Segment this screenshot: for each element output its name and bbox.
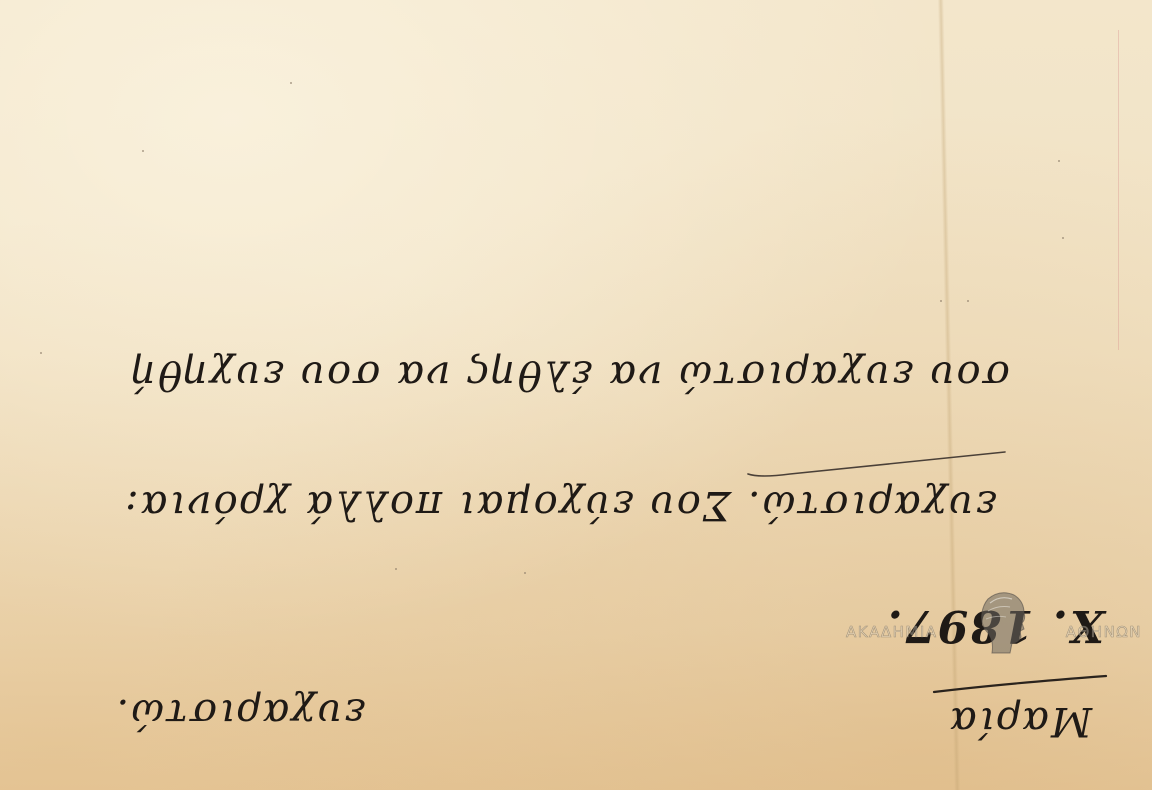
watermark-left-word: ΑΚΑΔΗΜΙΑ xyxy=(846,623,938,641)
signature-underline xyxy=(934,676,1106,692)
underline-stroke xyxy=(748,452,1005,476)
watermark-right-word: ΑΘΗΝΩΝ xyxy=(1066,623,1142,641)
letter-page: σου ευχαριστώ να έλθης να σου ευχηθή ευχ… xyxy=(0,0,1152,790)
athena-head-icon xyxy=(971,588,1033,658)
academy-watermark: ΑΚΑΔΗΜΙΑ ΑΘΗΝΩΝ xyxy=(846,620,1142,644)
pen-strokes xyxy=(0,0,1152,790)
